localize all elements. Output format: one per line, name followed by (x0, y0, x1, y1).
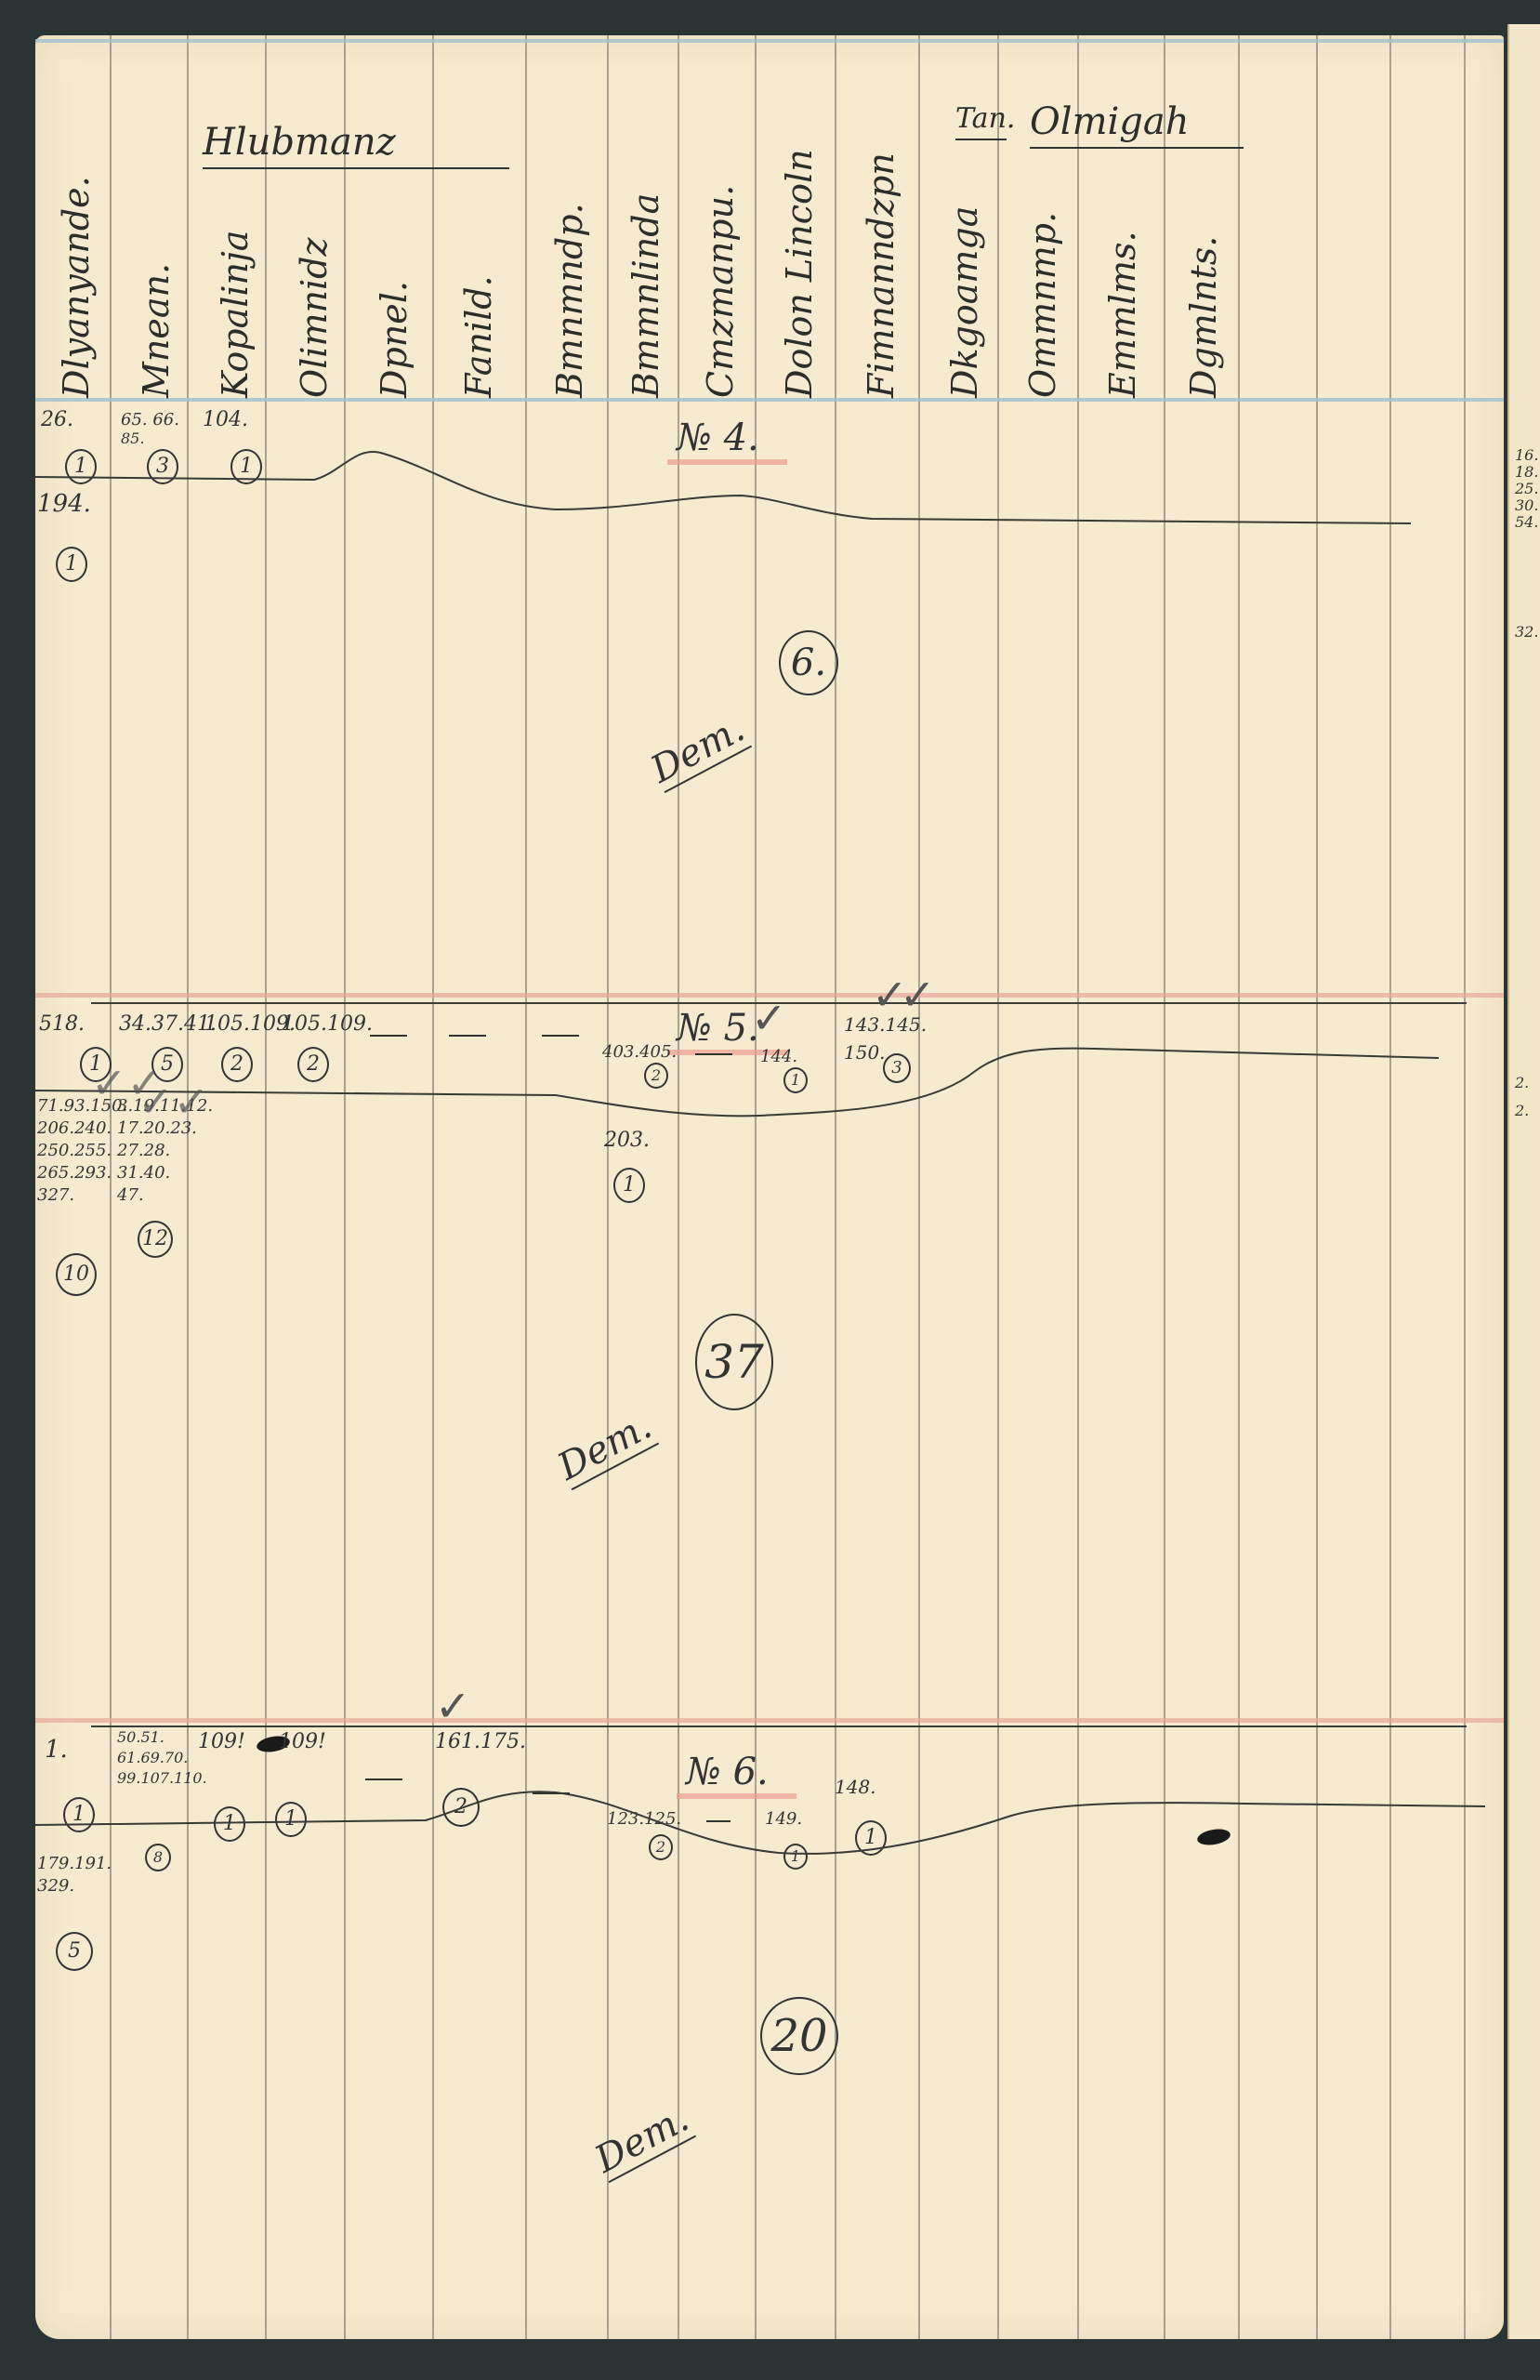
total-circle: 20 (760, 1997, 838, 2075)
entry-list: 179.191.329. (37, 1853, 112, 1897)
entry: 2. (1515, 1070, 1529, 1096)
entry: 54. (1515, 513, 1538, 531)
count-circle: 5 (56, 1932, 93, 1971)
entry: 25. (1515, 480, 1538, 497)
entry: 2. (1515, 1098, 1529, 1124)
entry: 179.191. (37, 1854, 112, 1873)
total-label: Dem. (588, 2097, 696, 2183)
entry: 32. (1515, 619, 1538, 645)
entry: 18. (1515, 463, 1538, 481)
section-divider-curve (35, 35, 1504, 1988)
entry: 329. (37, 1876, 74, 1896)
adjacent-page-edge: 16.18.25.30.54. 32. 2. 2. (1507, 24, 1540, 2339)
entry: 30. (1515, 496, 1538, 514)
ledger-page: Dlyanyande. Mnean. Kopalinja Olimnidz Dp… (35, 35, 1504, 2339)
adjacent-fragments: 16.18.25.30.54. (1515, 447, 1538, 531)
entry: 16. (1515, 446, 1538, 464)
